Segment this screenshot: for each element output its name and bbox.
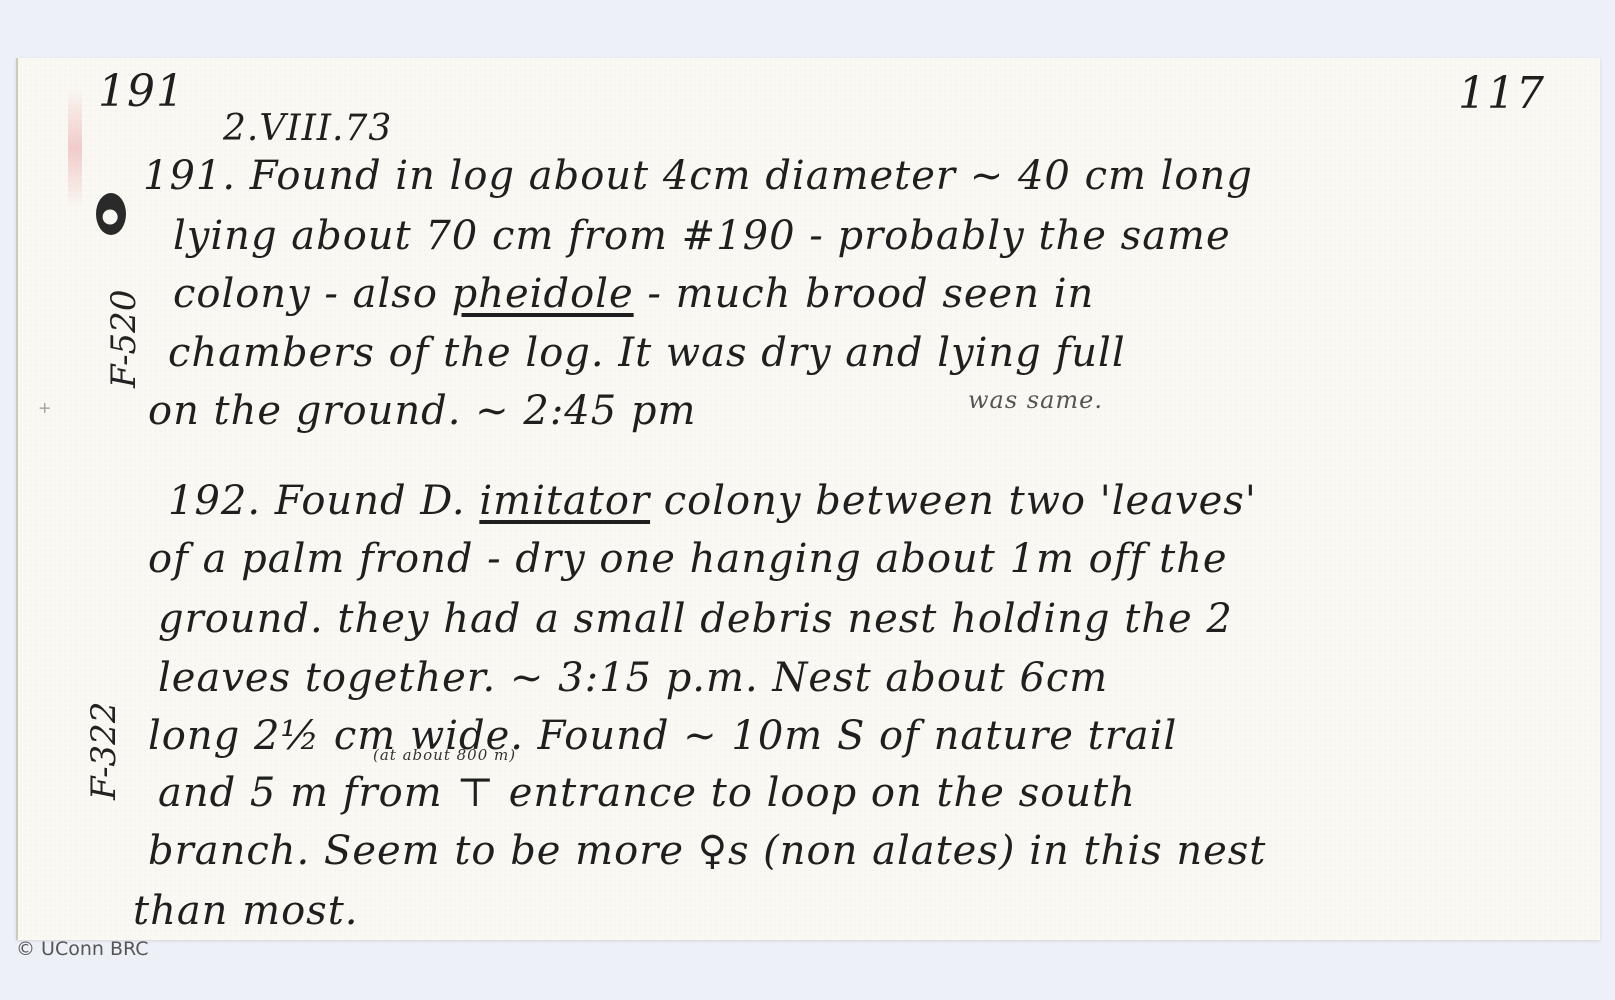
- red-ink-mark: [68, 88, 82, 208]
- entry-date: 2.VIII.73: [223, 108, 392, 149]
- entry-192-line-5: long 2½ cm wide. Found ~ 10m S of nature…: [148, 713, 1177, 759]
- entry-191-line-1: 191. Found in log about 4cm diameter ~ 4…: [143, 153, 1253, 199]
- margin-note-f322: F-322: [84, 702, 124, 800]
- entry-192-line-4: leaves together. ~ 3:15 p.m. Nest about …: [158, 655, 1108, 701]
- margin-note-f520: F-520: [104, 290, 144, 388]
- entry-192-line-8: than most.: [133, 888, 359, 934]
- entry-192-line-3: ground. they had a small debris nest hol…: [158, 596, 1233, 642]
- entry-192-line-2: of a palm frond - dry one hanging about …: [148, 536, 1228, 582]
- pencil-note: was same.: [968, 386, 1103, 414]
- copyright-credit: © UConn BRC: [16, 938, 149, 960]
- taxon-pheidole: pheidole: [452, 271, 634, 317]
- insertion-note: (at about 800 m): [373, 746, 516, 764]
- entry-191-line-4: chambers of the log. It was dry and lyin…: [168, 330, 1126, 376]
- entry-191-line-3: colony - also pheidole - much brood seen…: [173, 271, 1094, 317]
- entry-192-line-1: 192. Found D. imitator colony between tw…: [168, 478, 1257, 524]
- specimen-note-card: 191 117 2.VIII.73 F-520 F-322 + 191. Fou…: [16, 58, 1600, 940]
- entry-191-line-5: on the ground. ~ 2:45 pm: [148, 388, 696, 434]
- entry-192-line-6: and 5 m from ⊤ entrance to loop on the s…: [158, 770, 1136, 816]
- entry-191-line-2: lying about 70 cm from #190 - probably t…: [173, 213, 1231, 259]
- taxon-imitator: imitator: [479, 478, 650, 524]
- entry-192-line-7: branch. Seem to be more ♀s (non alates) …: [148, 828, 1266, 874]
- corner-number-right: 117: [1458, 68, 1545, 119]
- corner-number-left: 191: [98, 66, 185, 117]
- scribbled-circle-mark: [96, 193, 126, 235]
- plus-mark: +: [38, 398, 51, 417]
